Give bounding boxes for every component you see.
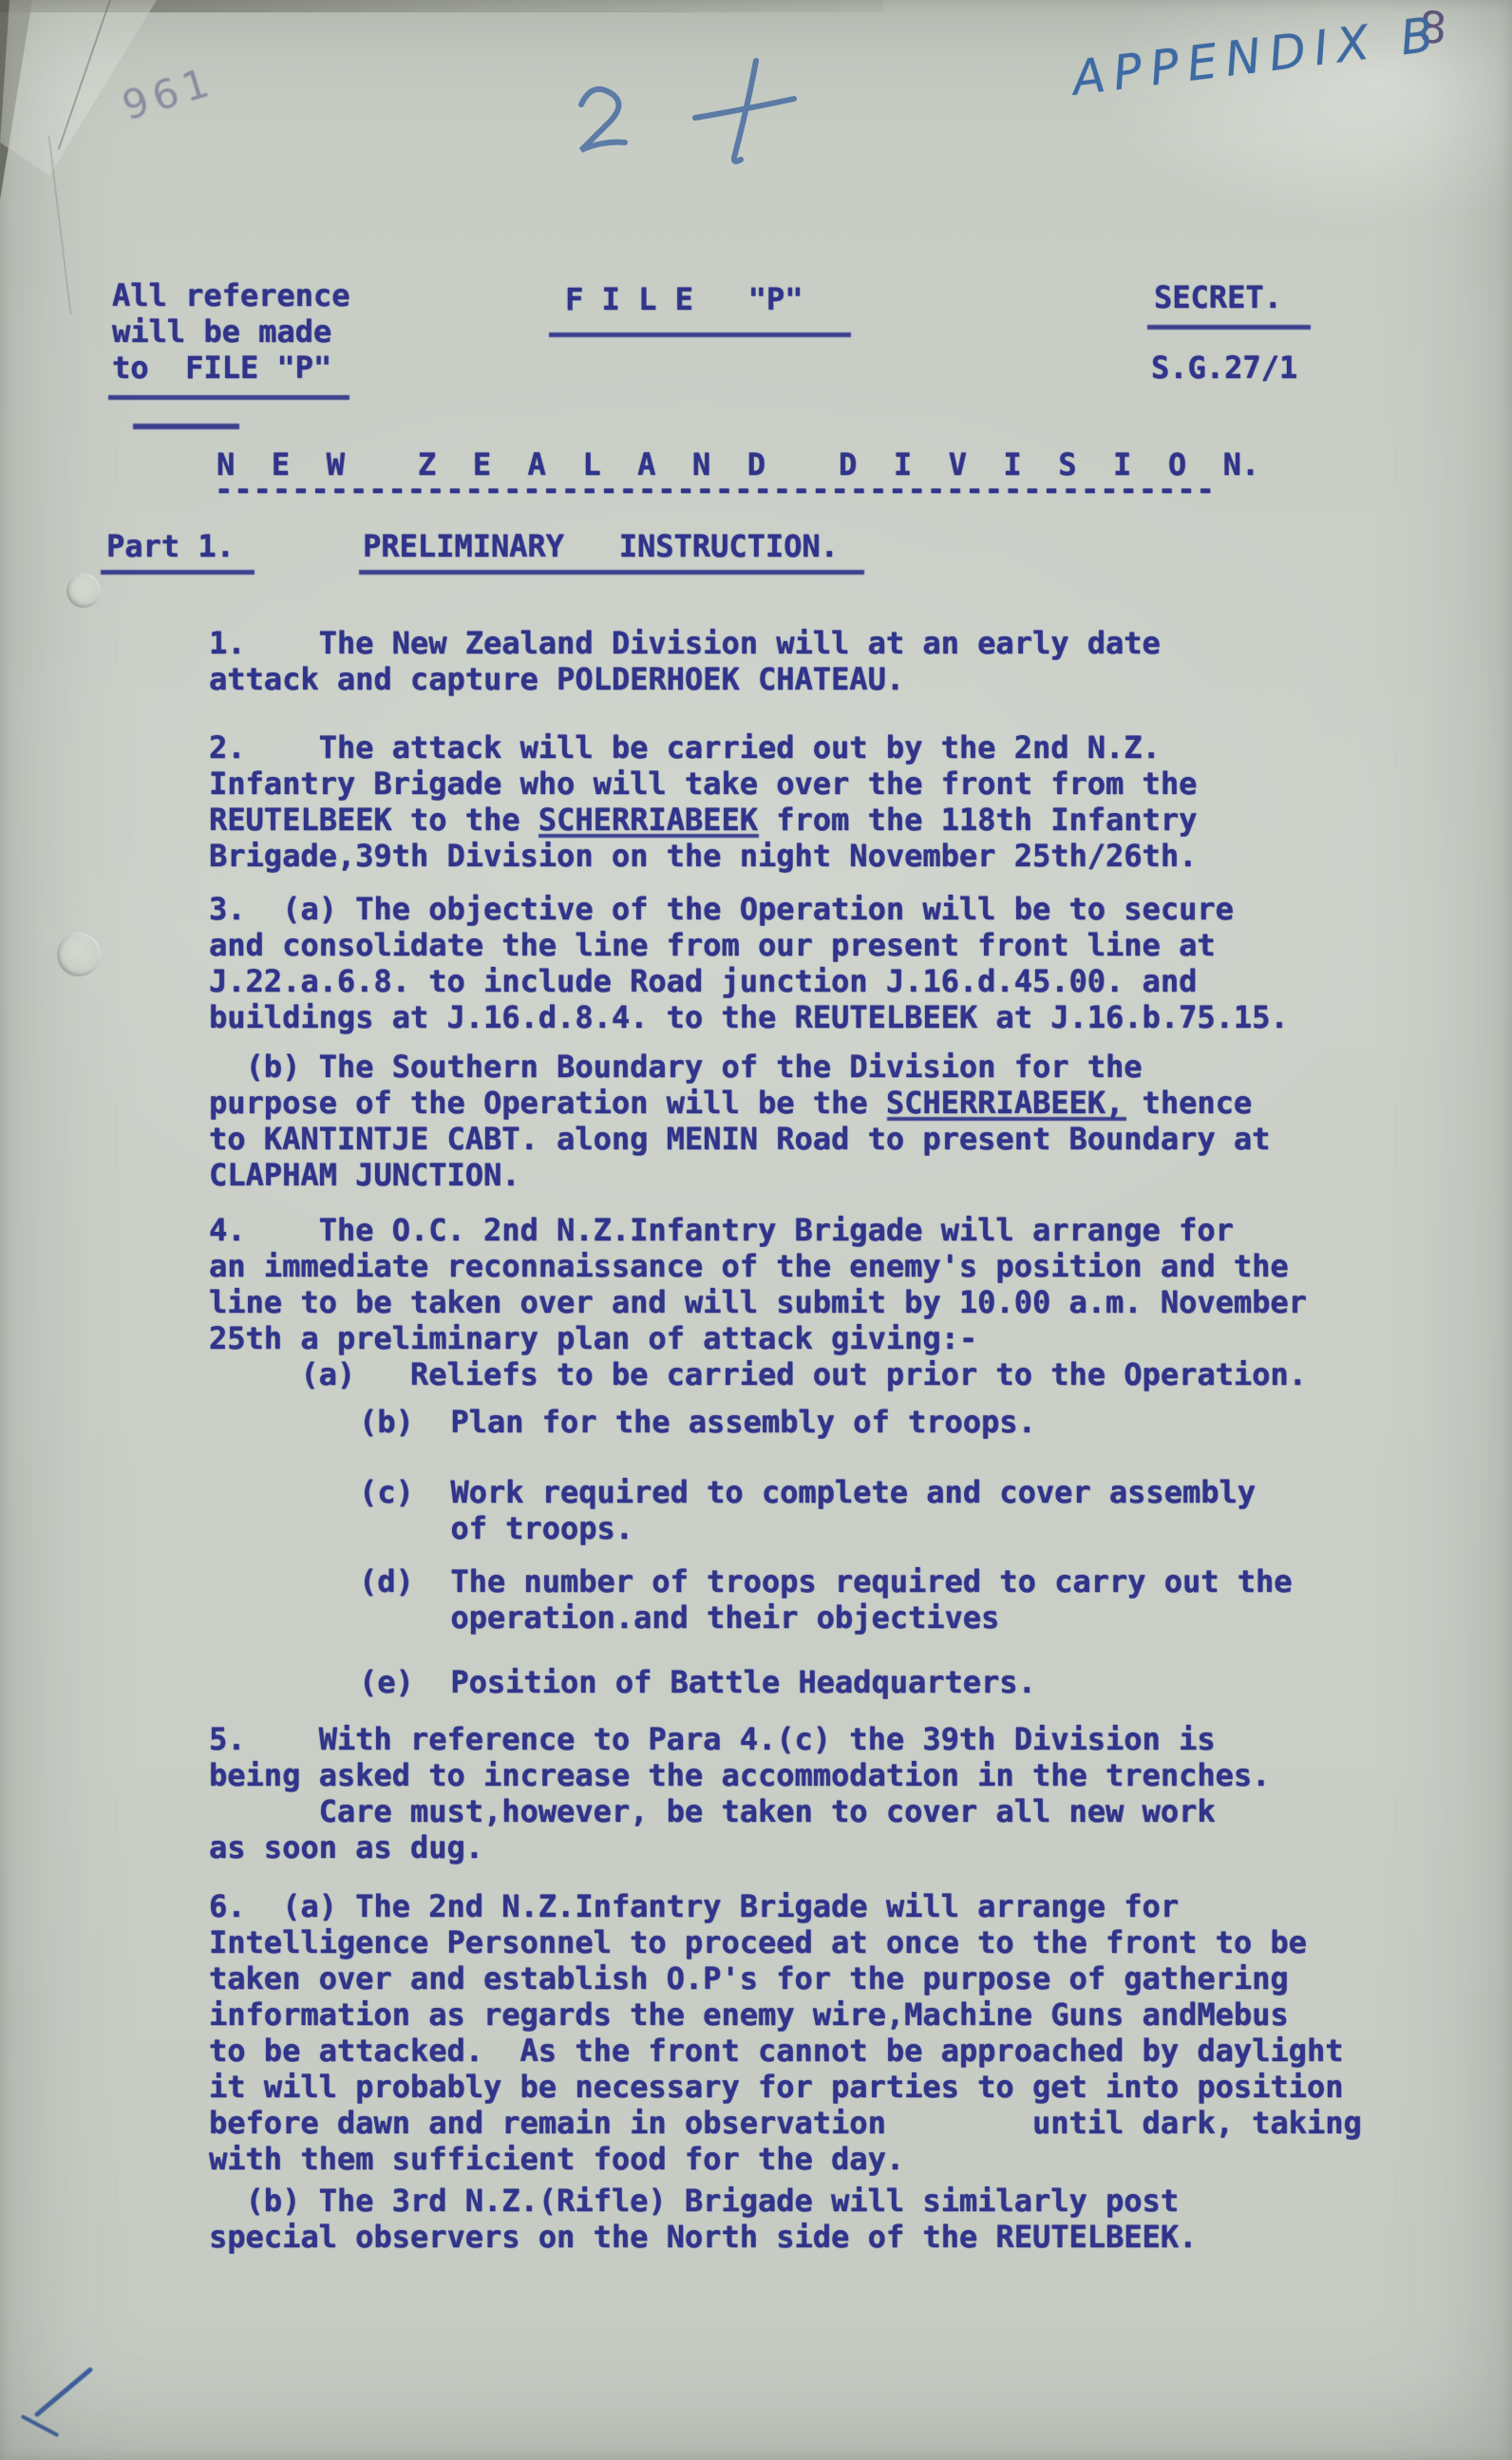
paragraph-3a: 3. (a) The objective of the Operation wi…: [209, 891, 1289, 1035]
paragraph-5: 5. With reference to Para 4.(c) the 39th…: [209, 1721, 1270, 1865]
pen-stroke: [21, 2414, 60, 2437]
reference-note-dash: [133, 424, 239, 429]
file-stamp-number: 961: [117, 58, 219, 130]
part-label-underline: [101, 570, 255, 575]
reference-note-underline: [108, 395, 350, 400]
fold-crease: [47, 136, 71, 315]
file-label: F I L E "P": [565, 281, 803, 317]
reference-note: All reference will be made to FILE "P": [112, 277, 350, 386]
handwritten-scribble-24-mark: [532, 55, 836, 179]
file-reference-number: S.G.27/1: [1151, 350, 1297, 386]
division-title-underline: ----------------------------------------…: [215, 471, 1216, 507]
paragraph-4-item-c: (c) Work required to complete and cover …: [359, 1474, 1256, 1546]
paragraph-4: 4. The O.C. 2nd N.Z.Infantry Brigade wil…: [209, 1212, 1307, 1392]
scherriabeek-underline: [887, 1117, 1126, 1121]
paragraph-4-item-d: (d) The number of troops required to car…: [359, 1563, 1293, 1636]
paragraph-4-item-b: (b) Plan for the assembly of troops.: [359, 1404, 1036, 1440]
paragraph-6b: (b) The 3rd N.Z.(Rifle) Brigade will sim…: [209, 2183, 1197, 2255]
paragraph-4-item-e: (e) Position of Battle Headquarters.: [359, 1664, 1036, 1700]
document-page: 961 8 APPENDIX B All reference will be m…: [0, 0, 1512, 2460]
scherriabeek-underline: [539, 834, 759, 838]
handwritten-appendix-label: APPENDIX B: [1069, 6, 1445, 105]
paragraph-3b: (b) The Southern Boundary of the Divisio…: [209, 1049, 1270, 1193]
punch-hole: [57, 933, 101, 976]
paragraph-6a: 6. (a) The 2nd N.Z.Infantry Brigade will…: [209, 1888, 1362, 2177]
part-heading: PRELIMINARY INSTRUCTION.: [363, 528, 839, 564]
punch-hole: [66, 574, 101, 608]
paragraph-1: 1. The New Zealand Division will at an e…: [209, 625, 1161, 697]
classification-underline: [1147, 325, 1311, 330]
part-heading-underline: [359, 570, 864, 575]
part-label: Part 1.: [106, 528, 235, 564]
file-label-underline: [549, 332, 851, 337]
paragraph-2: 2. The attack will be carried out by the…: [209, 729, 1197, 874]
pen-stroke: [34, 2367, 94, 2418]
classification-label: SECRET.: [1154, 279, 1282, 315]
